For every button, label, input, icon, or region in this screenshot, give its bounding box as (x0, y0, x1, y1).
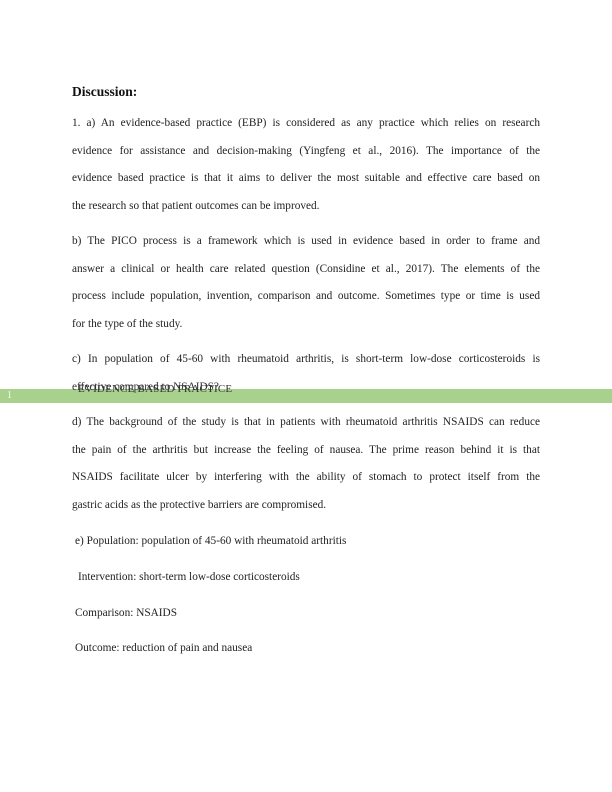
paragraph-a: 1. a) An evidence-based practice (EBP) i… (72, 110, 540, 220)
discussion-heading: Discussion: (72, 84, 137, 100)
paragraph-d-line: gastric acids as the protective barriers… (72, 492, 540, 520)
running-head: EVIDENCE BASED PRACTICE (78, 381, 232, 397)
paragraph-b-line: b) The PICO process is a framework which… (72, 228, 540, 256)
pico-comparison: Comparison: NSAIDS (75, 605, 177, 621)
paragraph-c-line: c) In population of 45-60 with rheumatoi… (72, 346, 540, 374)
paragraph-d-line: NSAIDS facilitate ulcer by interfering w… (72, 464, 540, 492)
pico-population: e) Population: population of 45-60 with … (75, 533, 346, 549)
paragraph-d-line: the pain of the arthritis but increase t… (72, 437, 540, 465)
paragraph-c: c) In population of 45-60 with rheumatoi… (72, 346, 540, 374)
pico-intervention: Intervention: short-term low-dose cortic… (78, 569, 300, 585)
paragraph-a-line: evidence for assistance and decision-mak… (72, 138, 540, 166)
paragraph-d-line: d) The background of the study is that i… (72, 409, 540, 437)
paragraph-a-line: 1. a) An evidence-based practice (EBP) i… (72, 110, 540, 138)
paragraph-d: d) The background of the study is that i… (72, 409, 540, 519)
paragraph-b-line: process include population, invention, c… (72, 283, 540, 311)
paragraph-b-line: answer a clinical or health care related… (72, 256, 540, 284)
pico-outcome: Outcome: reduction of pain and nausea (75, 640, 252, 656)
paragraph-a-line: evidence based practice is that it aims … (72, 165, 540, 193)
paragraph-b: b) The PICO process is a framework which… (72, 228, 540, 338)
paragraph-a-line: the research so that patient outcomes ca… (72, 193, 540, 221)
page-number: 1 (7, 388, 12, 404)
paragraph-b-line: for the type of the study. (72, 311, 540, 339)
